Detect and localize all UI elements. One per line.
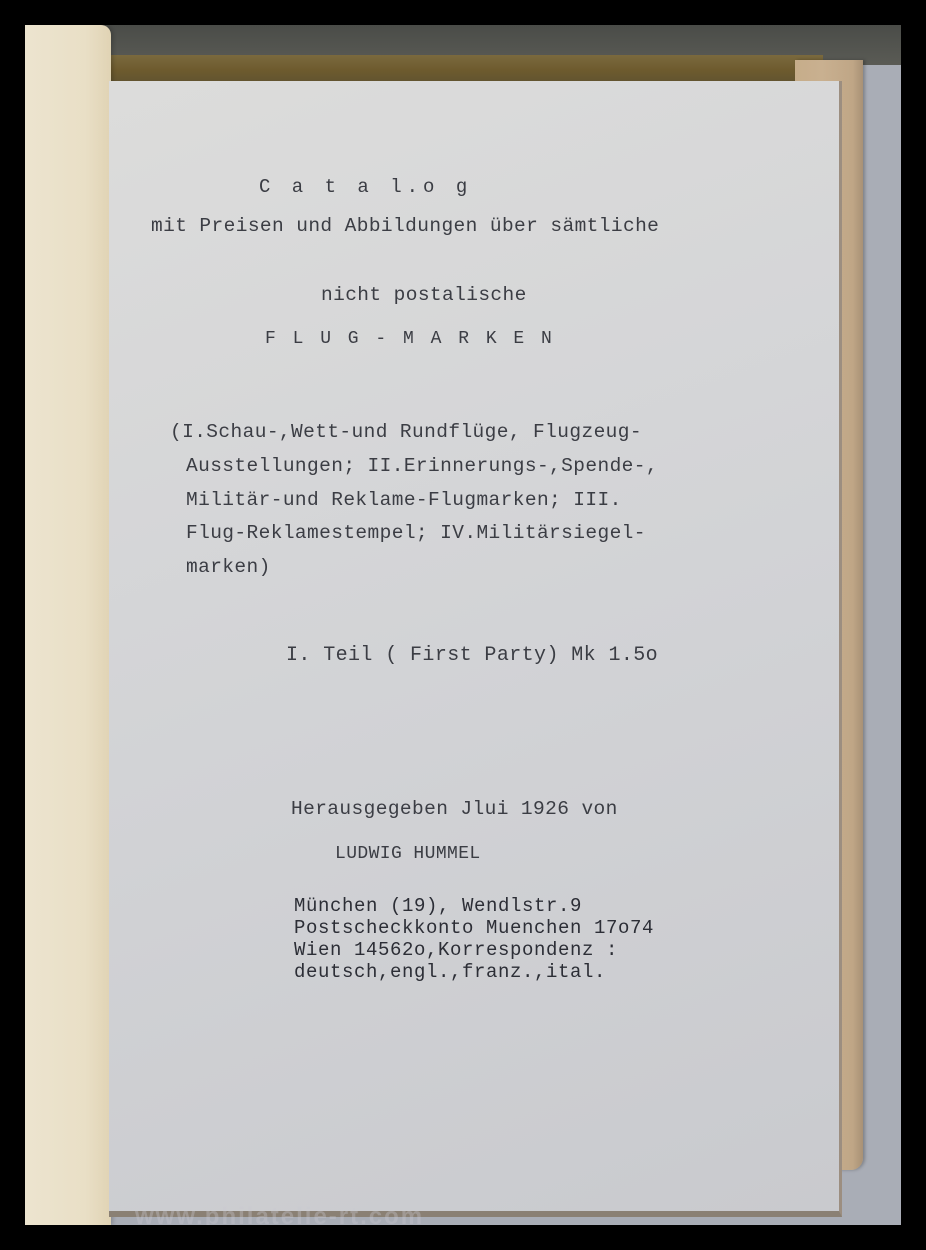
left-facing-page bbox=[25, 25, 111, 1225]
contents-line: Flug-Reklamestempel; IV.Militärsiegel- bbox=[186, 522, 646, 544]
catalog-title-page: C a t a l.o g mit Preisen und Abbildunge… bbox=[109, 81, 842, 1217]
address-line: deutsch,engl.,franz.,ital. bbox=[294, 961, 606, 983]
heading-flug-marken: F L U G - M A R K E N bbox=[265, 329, 555, 349]
publisher-name: LUDWIG HUMMEL bbox=[335, 844, 481, 864]
publisher-line: Herausgegeben Jlui 1926 von bbox=[291, 798, 618, 820]
address-line: München (19), Wendlstr.9 bbox=[294, 895, 582, 917]
contents-line: (I.Schau-,Wett-und Rundflüge, Flugzeug- bbox=[170, 421, 642, 443]
contents-line: marken) bbox=[186, 556, 271, 578]
address-line: Wien 14562o,Korrespondenz : bbox=[294, 939, 618, 961]
catalog-subtitle: mit Preisen und Abbildungen über sämtlic… bbox=[151, 215, 659, 237]
document-photo: C a t a l.o g mit Preisen und Abbildunge… bbox=[25, 25, 901, 1225]
part-and-price: I. Teil ( First Party) Mk 1.5o bbox=[286, 644, 658, 667]
watermark: www.philatelie-rt.com bbox=[135, 1203, 424, 1225]
contents-line: Ausstellungen; II.Erinnerungs-,Spende-, bbox=[186, 455, 658, 477]
subtitle-nicht-postalische: nicht postalische bbox=[321, 284, 527, 306]
contents-line: Militär-und Reklame-Flugmarken; III. bbox=[186, 489, 622, 511]
address-line: Postscheckkonto Muenchen 17o74 bbox=[294, 917, 654, 939]
catalog-title: C a t a l.o g bbox=[259, 176, 472, 198]
